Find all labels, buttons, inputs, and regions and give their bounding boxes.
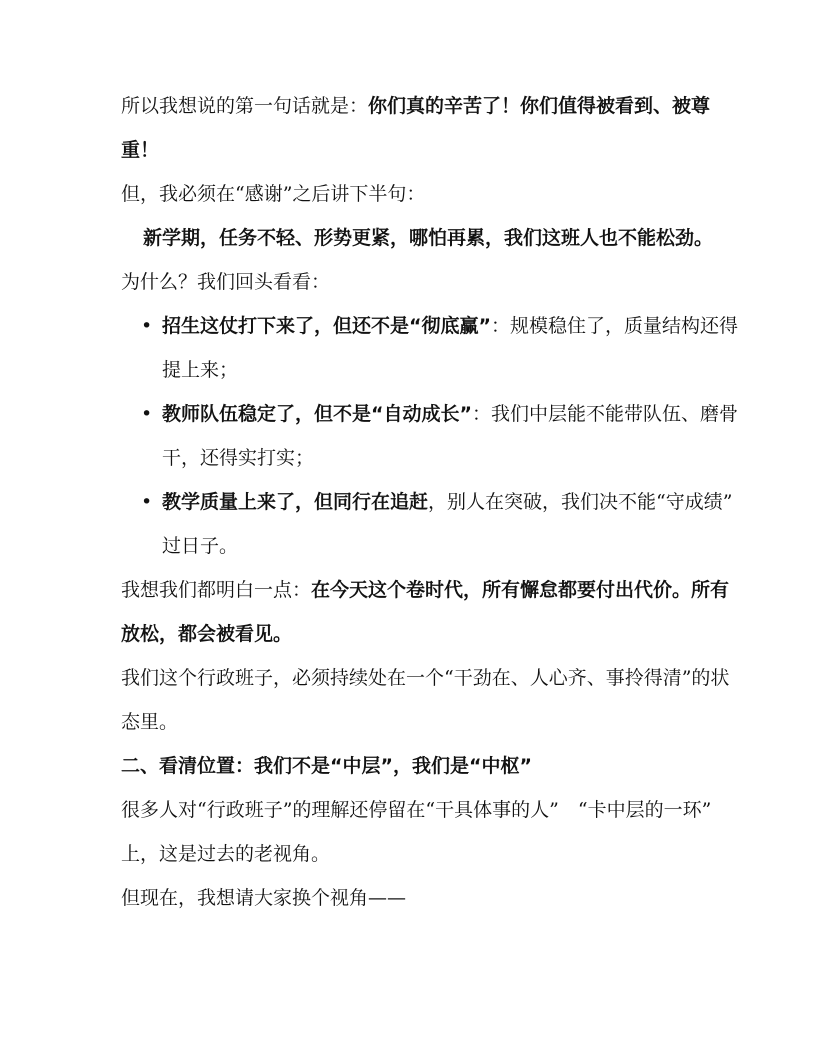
text-segment: 为什么？我们回头看看： <box>121 271 330 293</box>
paragraph: 很多人对“行政班子”的理解还停留在“干具体事的人” “卡中层的一环”上，这是过去… <box>121 788 742 876</box>
bullet-icon: • <box>141 392 152 436</box>
text-segment: 我们这个行政班子，必须持续处在一个“干劲在、人心齐、事拎得清”的状态里。 <box>121 667 729 733</box>
text-segment: 教学质量上来了，但同行在追赶 <box>162 491 428 513</box>
paragraph: 新学期，任务不轻、形势更紧，哪怕再累，我们这班人也不能松劲。 <box>143 216 742 260</box>
bullet-list-item: •教师队伍稳定了，但不是“自动成长”：我们中层能不能带队伍、磨骨干，还得实打实； <box>121 392 742 480</box>
text-segment: 新学期，任务不轻、形势更紧，哪怕再累，我们这班人也不能松劲。 <box>143 227 713 249</box>
text-segment: 招生这仗打下来了，但还不是“彻底赢” <box>162 315 491 337</box>
text-segment: 但现在，我想请大家换个视角—— <box>121 887 406 909</box>
paragraph: 但现在，我想请大家换个视角—— <box>121 876 742 920</box>
document-page: 所以我想说的第一句话就是：你们真的辛苦了！你们值得被看到、被尊重！但，我必须在“… <box>0 0 816 1056</box>
text-segment: 教师队伍稳定了，但不是“自动成长” <box>162 403 472 425</box>
paragraph: 我们这个行政班子，必须持续处在一个“干劲在、人心齐、事拎得清”的状态里。 <box>121 656 742 744</box>
text-segment: 所以我想说的第一句话就是： <box>121 95 368 117</box>
paragraph: 为什么？我们回头看看： <box>121 260 742 304</box>
text-segment: 但，我必须在“感谢”之后讲下半句： <box>121 183 425 205</box>
text-segment: 很多人对“行政班子”的理解还停留在“干具体事的人” “卡中层的一环”上，这是过去… <box>121 799 711 865</box>
bullet-icon: • <box>141 480 152 524</box>
bullet-list-item: •教学质量上来了，但同行在追赶，别人在突破，我们决不能“守成绩”过日子。 <box>121 480 742 568</box>
paragraph: 我想我们都明白一点：在今天这个卷时代，所有懈怠都要付出代价。所有放松，都会被看见… <box>121 568 742 656</box>
paragraph: 所以我想说的第一句话就是：你们真的辛苦了！你们值得被看到、被尊重！ <box>121 84 742 172</box>
document-content: 所以我想说的第一句话就是：你们真的辛苦了！你们值得被看到、被尊重！但，我必须在“… <box>0 0 816 920</box>
text-segment: 二、看清位置：我们不是“中层”，我们是“中枢” <box>121 755 532 777</box>
text-segment: 我想我们都明白一点： <box>121 579 311 601</box>
bullet-icon: • <box>141 304 152 348</box>
paragraph: 但，我必须在“感谢”之后讲下半句： <box>121 172 742 216</box>
bullet-list-item: •招生这仗打下来了，但还不是“彻底赢”：规模稳住了，质量结构还得提上来； <box>121 304 742 392</box>
section-heading: 二、看清位置：我们不是“中层”，我们是“中枢” <box>121 744 742 788</box>
